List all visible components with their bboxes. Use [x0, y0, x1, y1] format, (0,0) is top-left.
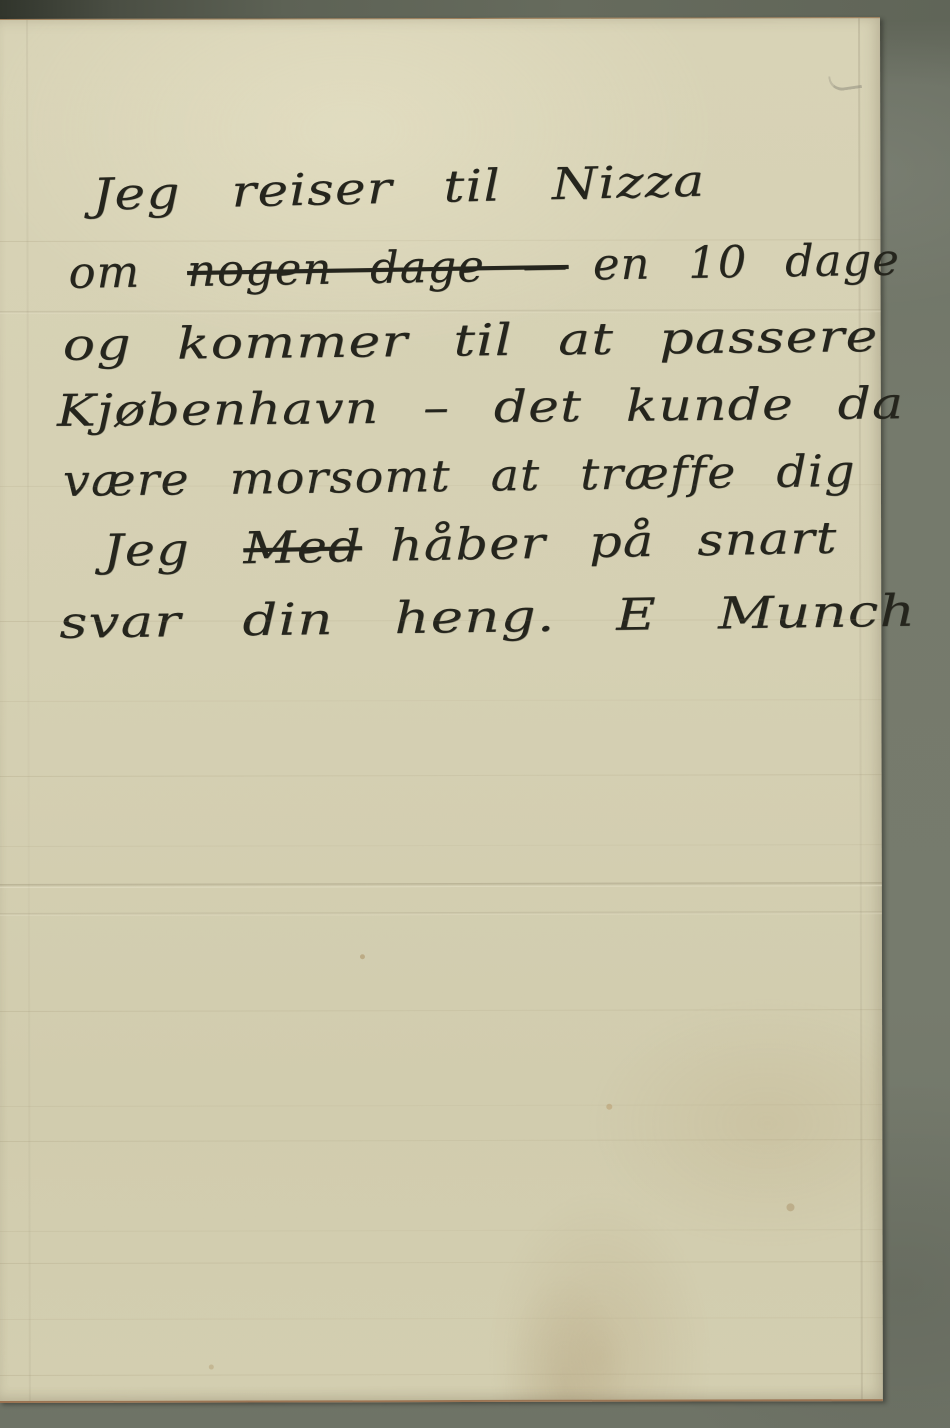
- handwriting-text: Jeg reiser til Nizza: [92, 156, 706, 221]
- scan-scene: Jeg reiser til Nizza omnogen dage —en 10…: [0, 0, 950, 1428]
- ruled-line: [0, 1229, 883, 1232]
- handwriting-text: Jeg: [103, 524, 191, 577]
- handwriting-text: være morsomt at træffe dig: [63, 446, 856, 507]
- handwriting-text: håber på snart: [389, 513, 838, 572]
- handwriting-line: og kommer til at passere: [62, 311, 878, 371]
- fold-crease: [0, 911, 882, 916]
- ruled-line: [0, 844, 882, 847]
- ruled-line: [0, 1317, 883, 1320]
- handwriting-line signature-line: svar din heng. E Munch: [59, 586, 916, 649]
- paper-speck: [786, 1203, 794, 1211]
- struck-out-text: nogen dage —: [187, 240, 569, 297]
- handwriting-line: Jeg reiser til Nizza: [92, 156, 706, 221]
- ruled-line: [0, 1009, 882, 1012]
- ruled-line: [0, 1104, 882, 1107]
- handwriting-line: omnogen dage —en 10 dage: [68, 235, 900, 299]
- signature-text: svar din heng. E Munch: [59, 586, 916, 649]
- pencil-mark: [828, 72, 862, 92]
- handwriting-text: en 10 dage: [593, 235, 901, 291]
- handwriting-text: Kjøbenhavn – det kunde da: [57, 378, 905, 437]
- letter-page: Jeg reiser til Nizza omnogen dage —en 10…: [0, 17, 883, 1403]
- paper-speck: [360, 954, 365, 959]
- handwriting-line: Kjøbenhavn – det kunde da: [57, 378, 905, 437]
- ruled-line: [0, 774, 882, 777]
- handwriting-line: JegMedhåber på snart: [103, 513, 838, 577]
- handwriting-line: være morsomt at træffe dig: [63, 446, 856, 507]
- ruled-line: [0, 1373, 883, 1376]
- struck-out-text: Med: [243, 521, 363, 574]
- paper-speck: [209, 1365, 214, 1370]
- ruled-line: [0, 1261, 883, 1264]
- ruled-line: [0, 699, 881, 702]
- handwriting-text: om: [68, 247, 140, 299]
- vertical-crease: [26, 20, 31, 1401]
- ruled-line: [0, 1139, 882, 1142]
- vertical-crease: [858, 18, 863, 1399]
- handwriting-text: og kommer til at passere: [62, 311, 878, 371]
- fold-crease: [0, 882, 882, 888]
